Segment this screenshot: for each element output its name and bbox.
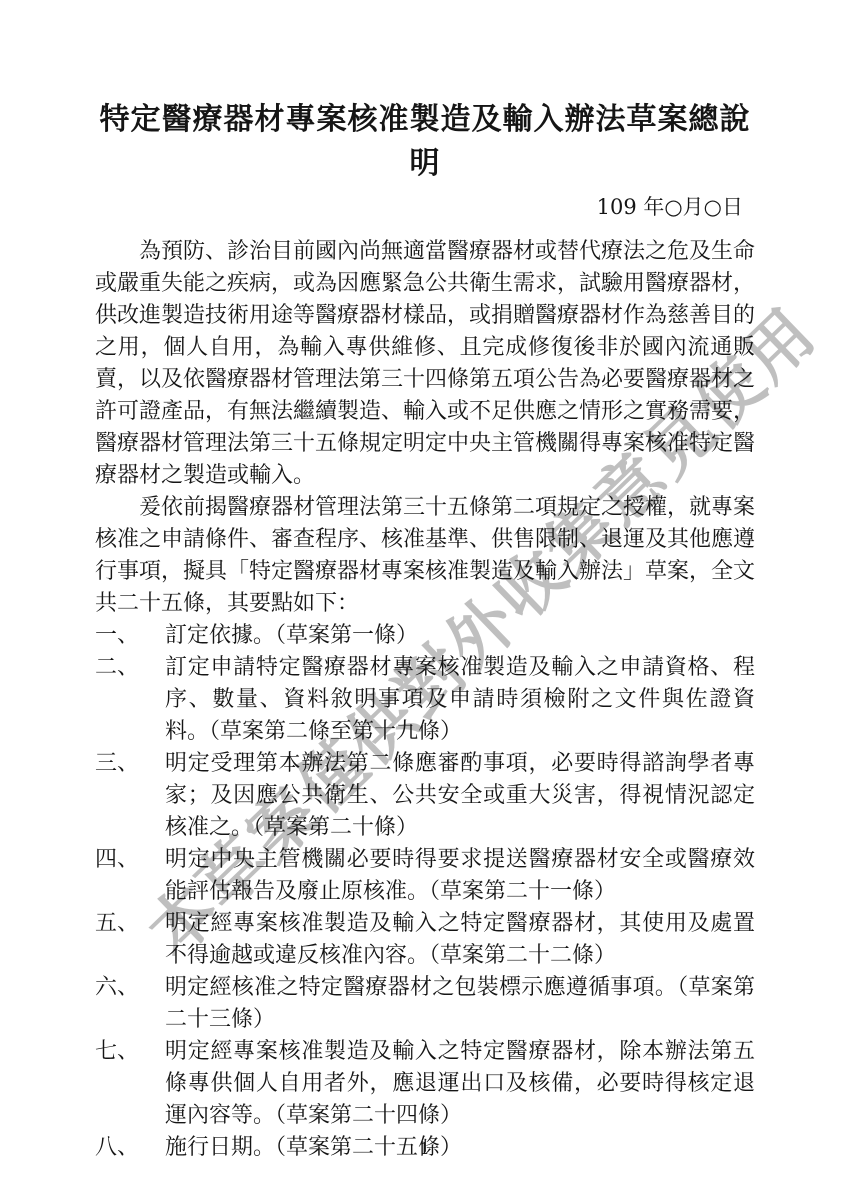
- list-item-text: 訂定申請特定醫療器材專案核准製造及輸入之申請資格、程序、數量、資料敘明事項及申請…: [165, 652, 755, 748]
- list-item-number: 二、: [95, 652, 165, 748]
- list-item-text: 明定中央主管機關必要時得要求提送醫療器材安全或醫療效能評估報告及廢止原核准。（草…: [165, 844, 755, 908]
- list-item-number: 六、: [95, 972, 165, 1036]
- list-item-text: 明定經專案核准製造及輸入之特定醫療器材，其使用及處置不得逾越或違反核准內容。（草…: [165, 908, 755, 972]
- list-item-number: 七、: [95, 1036, 165, 1132]
- list-item: 一、 訂定依據。（草案第一條）: [95, 620, 755, 652]
- page-title: 特定醫療器材專案核准製造及輸入辦法草案總說明: [95, 94, 755, 182]
- list-item: 四、 明定中央主管機關必要時得要求提送醫療器材安全或醫療效能評估報告及廢止原核准…: [95, 844, 755, 908]
- list-item-text: 明定受理第本辦法第二條應審酌事項，必要時得諮詢學者專家；及因應公共衛生、公共安全…: [165, 748, 755, 844]
- list-item: 五、 明定經專案核准製造及輸入之特定醫療器材，其使用及處置不得逾越或違反核准內容…: [95, 908, 755, 972]
- list-item-number: 三、: [95, 748, 165, 844]
- list-item-text: 明定經專案核准製造及輸入之特定醫療器材，除本辦法第五條專供個人自用者外，應退運出…: [165, 1036, 755, 1132]
- paragraph-1: 為預防、診治目前國內尚無適當醫療器材或替代療法之危及生命或嚴重失能之疾病，或為因…: [95, 236, 755, 492]
- list-item-number: 一、: [95, 620, 165, 652]
- date-line: 109 年○月○日: [95, 192, 755, 222]
- page-number: 1: [0, 1139, 849, 1158]
- paragraph-2: 爰依前揭醫療器材管理法第三十五條第二項規定之授權，就專案核准之申請條件、審查程序…: [95, 492, 755, 620]
- list-item: 七、 明定經專案核准製造及輸入之特定醫療器材，除本辦法第五條專供個人自用者外，應…: [95, 1036, 755, 1132]
- list-item: 二、 訂定申請特定醫療器材專案核准製造及輸入之申請資格、程序、數量、資料敘明事項…: [95, 652, 755, 748]
- list-item-text: 訂定依據。（草案第一條）: [165, 620, 755, 652]
- key-points-list: 一、 訂定依據。（草案第一條） 二、 訂定申請特定醫療器材專案核准製造及輸入之申…: [95, 620, 755, 1164]
- list-item: 六、 明定經核准之特定醫療器材之包裝標示應遵循事項。（草案第二十三條）: [95, 972, 755, 1036]
- list-item-number: 四、: [95, 844, 165, 908]
- list-item-text: 明定經核准之特定醫療器材之包裝標示應遵循事項。（草案第二十三條）: [165, 972, 755, 1036]
- list-item-number: 五、: [95, 908, 165, 972]
- list-item: 三、 明定受理第本辦法第二條應審酌事項，必要時得諮詢學者專家；及因應公共衛生、公…: [95, 748, 755, 844]
- document-page: 本草案僅供對外收集意見使用 特定醫療器材專案核准製造及輸入辦法草案總說明 109…: [0, 0, 849, 1200]
- document-content: 特定醫療器材專案核准製造及輸入辦法草案總說明 109 年○月○日 為預防、診治目…: [95, 94, 755, 1164]
